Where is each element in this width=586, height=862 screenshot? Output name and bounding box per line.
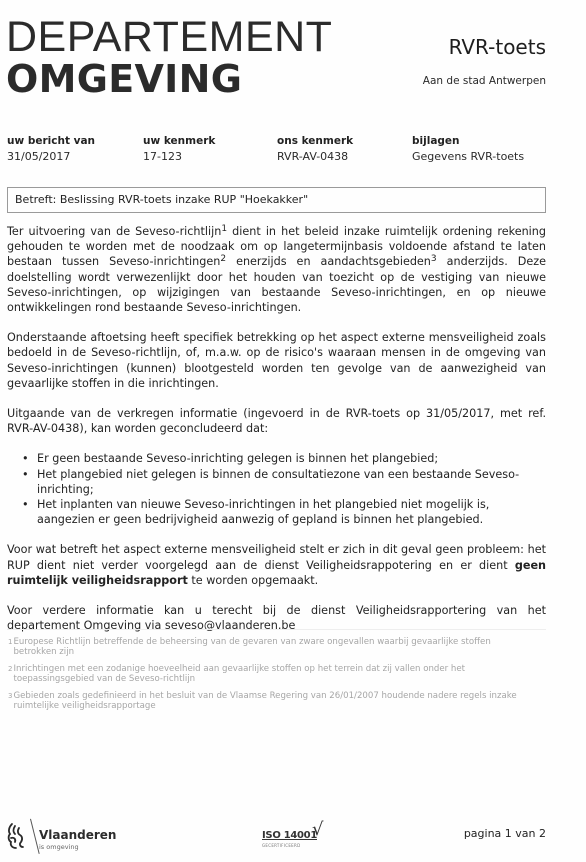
- conclusion-list: Er geen bestaande Seveso-inrichting gele…: [7, 451, 546, 527]
- document-title: RVR-toets: [449, 35, 546, 59]
- ref-uw-kenmerk: uw kenmerk 17-123: [143, 135, 215, 163]
- recipient: Aan de stad Antwerpen: [423, 75, 546, 87]
- footnote-text: Gebieden zoals gedefinieerd in het beslu…: [13, 692, 528, 711]
- footnote-text: Europese Richtlijn betreffende de beheer…: [13, 638, 528, 657]
- ref-label: uw bericht van: [7, 135, 95, 147]
- ref-value: 31/05/2017: [7, 150, 95, 163]
- text: enerzijds en aandachtsgebieden: [226, 255, 431, 268]
- paragraph-decision: Voor wat betreft het aspect externe mens…: [7, 542, 546, 588]
- ref-label: ons kenmerk: [277, 135, 353, 147]
- department-line1: DEPARTEMENT: [6, 16, 332, 59]
- text: Voor wat betreft het aspect externe mens…: [7, 543, 546, 571]
- department-heading: DEPARTEMENT OMGEVING: [6, 16, 332, 98]
- footnote-number: 1: [8, 638, 12, 657]
- ref-value: 17-123: [143, 150, 215, 163]
- list-item: Er geen bestaande Seveso-inrichting gele…: [7, 451, 546, 466]
- footnote-3: 3 Gebieden zoals gedefinieerd in het bes…: [8, 692, 528, 711]
- footnote-number: 3: [8, 692, 12, 711]
- footnotes: 1 Europese Richtlijn betreffende de behe…: [8, 638, 528, 720]
- footnote-1: 1 Europese Richtlijn betreffende de behe…: [8, 638, 528, 657]
- subject-box: Betreft: Beslissing RVR-toets inzake RUP…: [7, 187, 546, 213]
- paragraph-intro: Ter uitvoering van de Seveso-richtlijn1 …: [7, 224, 546, 315]
- ref-uw-bericht-van: uw bericht van 31/05/2017: [7, 135, 95, 163]
- iso-label: ISO 14001: [262, 830, 317, 841]
- ref-ons-kenmerk: ons kenmerk RVR-AV-0438: [277, 135, 353, 163]
- list-item: Het plangebied niet gelegen is binnen de…: [7, 467, 546, 497]
- checkmark-icon: √: [312, 819, 323, 840]
- iso-sub: GECERTIFICEERD: [262, 843, 317, 848]
- footnote-text: Inrichtingen met een zodanige hoeveelhei…: [13, 665, 528, 684]
- text: te worden opgemaakt.: [188, 574, 318, 587]
- footnote-number: 2: [8, 665, 12, 684]
- ref-label: uw kenmerk: [143, 135, 215, 147]
- reference-block: uw bericht van 31/05/2017 uw kenmerk 17-…: [7, 135, 547, 169]
- logo-name: Vlaanderen: [39, 828, 116, 842]
- flemish-lion-icon: [6, 822, 28, 850]
- list-item: Het inplanten van nieuwe Seveso-inrichti…: [7, 497, 546, 527]
- ref-value: RVR-AV-0438: [277, 150, 353, 163]
- page-indicator: pagina 1 van 2: [464, 827, 546, 840]
- ref-bijlagen: bijlagen Gegevens RVR-toets: [412, 135, 524, 163]
- page-footer: Vlaanderen is omgeving ISO 14001 GECERTI…: [0, 815, 586, 855]
- ref-value: Gegevens RVR-toets: [412, 150, 524, 163]
- iso-certification: ISO 14001 GECERTIFICEERD √: [262, 823, 317, 848]
- paragraph-conclusion-intro: Uitgaande van de verkregen informatie (i…: [7, 406, 546, 436]
- department-line2: OMGEVING: [6, 60, 332, 98]
- logo-tagline: is omgeving: [39, 843, 79, 851]
- ref-label: bijlagen: [412, 135, 524, 147]
- vlaanderen-logo: Vlaanderen is omgeving: [6, 819, 106, 855]
- footnote-2: 2 Inrichtingen met een zodanige hoeveelh…: [8, 665, 528, 684]
- paragraph-scope: Onderstaande aftoetsing heeft specifiek …: [7, 330, 546, 391]
- letter-body: Ter uitvoering van de Seveso-richtlijn1 …: [7, 224, 546, 648]
- footnote-separator: [7, 629, 546, 630]
- text: Ter uitvoering van de Seveso-richtlijn: [7, 225, 221, 238]
